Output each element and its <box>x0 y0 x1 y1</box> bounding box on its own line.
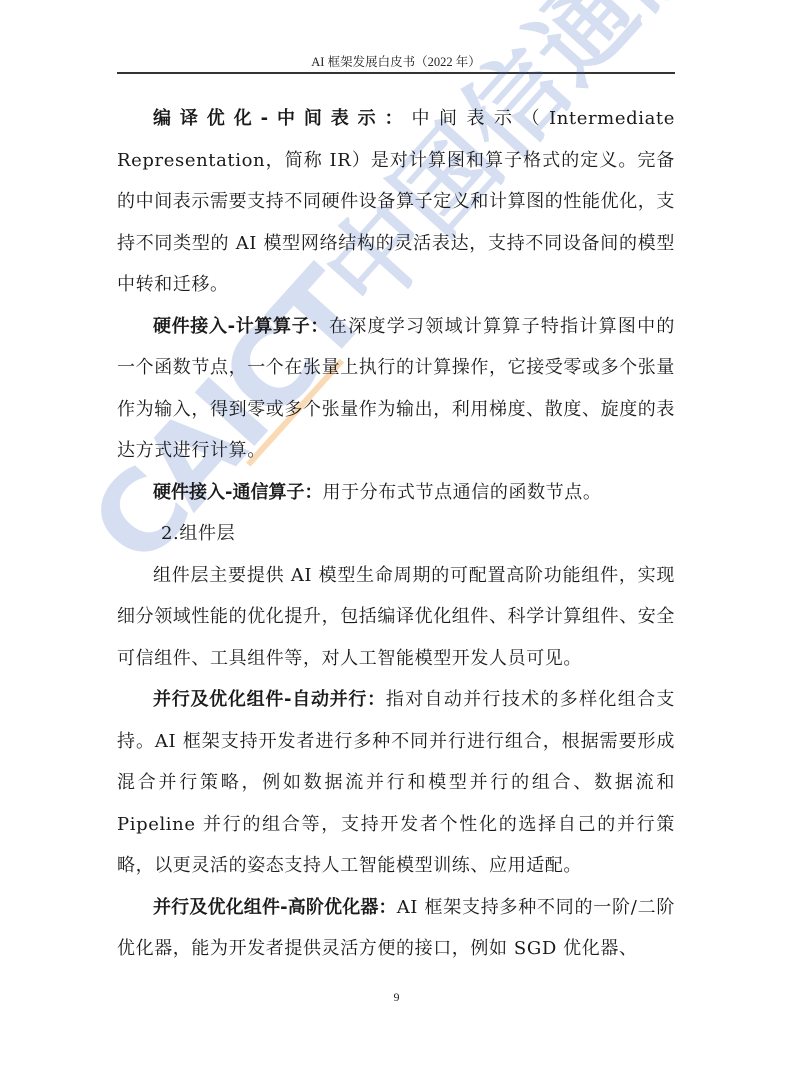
term-label: 硬件接入-计算算子： <box>153 316 329 337</box>
paragraph-text: 组件层主要提供 AI 模型生命周期的可配置高阶功能组件，实现细分领域性能的优化提… <box>117 565 675 669</box>
running-header: AI 框架发展白皮书（2022 年） <box>117 52 675 70</box>
page-body: 编译优化-中间表示：中间表示（Intermediate Representati… <box>117 98 675 970</box>
paragraph-component-layer: 组件层主要提供 AI 模型生命周期的可配置高阶功能组件，实现细分领域性能的优化提… <box>117 555 675 680</box>
term-label: 硬件接入-通信算子： <box>153 482 322 503</box>
paragraph-auto-parallel: 并行及优化组件-自动并行：指对自动并行技术的多样化组合支持。AI 框架支持开发者… <box>117 679 675 887</box>
term-label: 并行及优化组件-高阶优化器： <box>153 897 397 918</box>
paragraph-text: 在深度学习领域计算算子特指计算图中的一个函数节点，一个在张量上执行的计算操作，它… <box>117 316 675 462</box>
paragraph-text: 指对自动并行技术的多样化组合支持。AI 框架支持开发者进行多种不同并行进行组合，… <box>117 689 675 876</box>
section-heading: 2.组件层 <box>117 513 675 555</box>
paragraph-compute-operator: 硬件接入-计算算子：在深度学习领域计算算子特指计算图中的一个函数节点，一个在张量… <box>117 306 675 472</box>
term-label: 并行及优化组件-自动并行： <box>153 689 386 710</box>
paragraph-optimizer: 并行及优化组件-高阶优化器：AI 框架支持多种不同的一阶/二阶优化器，能为开发者… <box>117 887 675 970</box>
header-divider <box>117 72 675 74</box>
page-number: 9 <box>0 990 793 1005</box>
paragraph-ir: 编译优化-中间表示：中间表示（Intermediate Representati… <box>117 98 675 306</box>
paragraph-comm-operator: 硬件接入-通信算子：用于分布式节点通信的函数节点。 <box>117 472 675 514</box>
term-label: 编译优化-中间表示： <box>153 108 411 129</box>
paragraph-text: 中间表示（Intermediate Representation，简称 IR）是… <box>117 108 675 295</box>
paragraph-text: 用于分布式节点通信的函数节点。 <box>322 482 601 503</box>
